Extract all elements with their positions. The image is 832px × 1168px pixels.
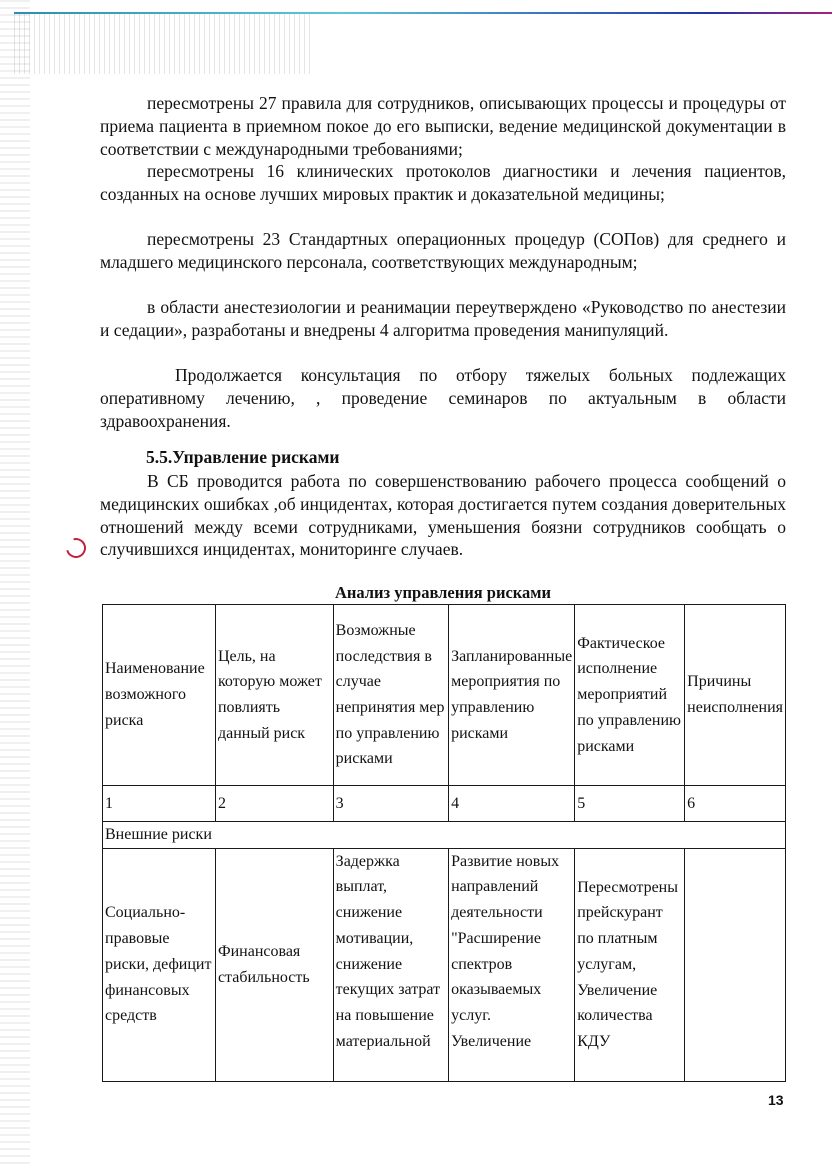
col-number: 5 xyxy=(575,786,685,822)
col-number: 6 xyxy=(685,786,786,822)
header-goal: Цель, на которую может повлиять данный р… xyxy=(215,605,333,786)
header-consequences: Возможные последствия в случае неприняти… xyxy=(333,605,448,786)
cell-planned: Развитие новых направлений деятельности … xyxy=(449,848,575,1081)
col-number: 1 xyxy=(103,786,216,822)
header-actual: Фактическое исполнение мероприятий по уп… xyxy=(575,605,685,786)
scan-noise xyxy=(14,14,314,74)
paragraph-protocols: пересмотрены 16 клинических протоколов д… xyxy=(100,160,786,206)
header-planned: Запланированные мероприятия по управлени… xyxy=(449,605,575,786)
col-number: 4 xyxy=(449,786,575,822)
scan-edge-artifact xyxy=(0,0,30,1168)
col-number: 2 xyxy=(215,786,333,822)
cell-reasons xyxy=(685,848,786,1081)
cell-consequences: Задержка выплат, снижение мотивации, сни… xyxy=(333,848,448,1081)
header-risk-name: Наименование возможного риска xyxy=(103,605,216,786)
col-number: 3 xyxy=(333,786,448,822)
cell-risk: Социально-правовые риски, дефицит финанс… xyxy=(103,848,216,1081)
risk-analysis-table: Наименование возможного риска Цель, на к… xyxy=(102,604,786,1082)
group-label-external-risks: Внешние риски xyxy=(103,822,786,849)
table-group-row: Внешние риски xyxy=(103,822,786,849)
page-number: 13 xyxy=(768,1092,784,1108)
paragraph-consultation: Продолжается консультация по отбору тяже… xyxy=(100,364,786,432)
table-title: Анализ управления рисками xyxy=(100,583,786,603)
paragraph-rules: пересмотрены 27 правила для сотрудников,… xyxy=(100,92,786,160)
pen-mark xyxy=(62,534,89,561)
paragraph-anesthesia: в области анестезиологии и реанимации пе… xyxy=(100,296,786,342)
paragraph-sop: пересмотрены 23 Стандартных операционных… xyxy=(100,228,786,274)
header-reasons: Причины неисполнения xyxy=(685,605,786,786)
section-heading: 5.5.Управление рисками xyxy=(146,447,340,468)
table-row: Социально-правовые риски, дефицит финанс… xyxy=(103,848,786,1081)
cell-goal: Финансовая стабильность xyxy=(215,848,333,1081)
table-number-row: 1 2 3 4 5 6 xyxy=(103,786,786,822)
table-header-row: Наименование возможного риска Цель, на к… xyxy=(103,605,786,786)
cell-actual: Пересмотрены прейскурант по платным услу… xyxy=(575,848,685,1081)
section-paragraph: В СБ проводится работа по совершенствова… xyxy=(100,470,786,561)
